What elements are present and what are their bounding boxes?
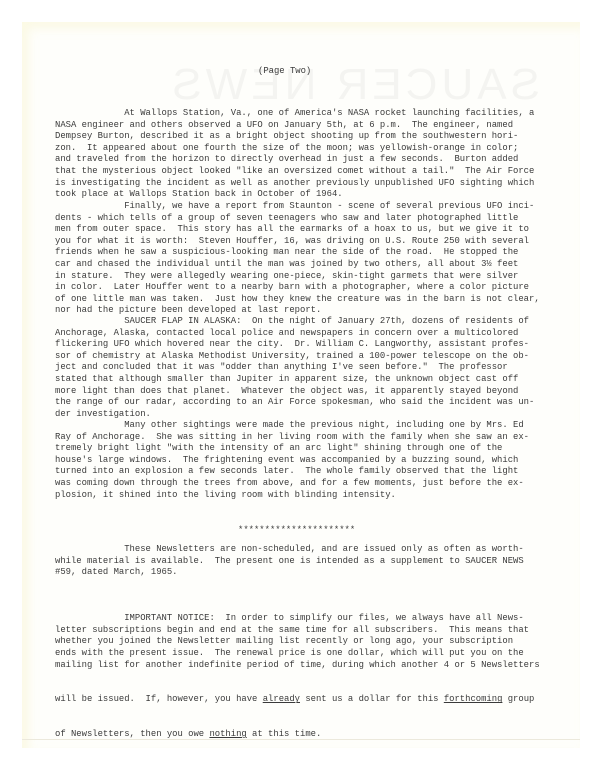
text-run: sent us a dollar for this — [300, 694, 444, 704]
text-run: group — [502, 694, 534, 704]
text-line: friends when he saw a suspicious-looking… — [55, 247, 540, 259]
text-line: flickering UFO which hovered near the ci… — [55, 339, 534, 351]
text-line: car and chased the individual until the … — [55, 259, 540, 271]
text-line: Many other sightings were made the previ… — [55, 420, 529, 432]
text-run: of Newsletters, then you owe — [55, 729, 209, 739]
text-line: plosion, it shined into the living room … — [55, 490, 529, 502]
text-line: Finally, we have a report from Staunton … — [55, 201, 540, 213]
emphasis-nothing: nothing — [209, 729, 246, 739]
text-line: whether you joined the Newsletter mailin… — [55, 636, 540, 648]
paragraph-ray: Many other sightings were made the previ… — [55, 420, 529, 501]
paragraph-alaska: SAUCER FLAP IN ALASKA: On the night of J… — [55, 316, 534, 420]
text-line: Dempsey Burton, described it as a bright… — [55, 131, 534, 143]
text-line: that the mysterious object looked "like … — [55, 166, 534, 178]
text-line: NASA engineer and others observed a UFO … — [55, 120, 534, 132]
text-line: you for what it is worth: Steven Houffer… — [55, 236, 540, 248]
text-line: ends with the present issue. The renewal… — [55, 648, 540, 660]
text-line: stated that although smaller than Jupite… — [55, 374, 534, 386]
text-line: took place at Wallops Station back in Oc… — [55, 189, 534, 201]
text-line: mailing list for another indefinite peri… — [55, 660, 540, 672]
text-line: is investigating the incident as well as… — [55, 178, 534, 190]
bleed-through-masthead: SAUCER NEWS — [300, 60, 540, 100]
text-line: Ray of Anchorage. She was sitting in her… — [55, 432, 529, 444]
text-line: SAUCER FLAP IN ALASKA: On the night of J… — [55, 316, 534, 328]
emphasis-forthcoming: forthcoming — [444, 694, 503, 704]
text-line: and traveled from the horizon to directl… — [55, 154, 534, 166]
text-line: tremely bright light "with the intensity… — [55, 443, 529, 455]
text-line: sor of chemistry at Alaska Methodist Uni… — [55, 351, 534, 363]
notice-line-7: of Newsletters, then you owe nothing at … — [55, 729, 540, 741]
text-line: in color. Later Houffer went to a nearby… — [55, 282, 540, 294]
text-line: was coming down through the trees from a… — [55, 478, 529, 490]
text-line: IMPORTANT NOTICE: In order to simplify o… — [55, 613, 540, 625]
text-line: while material is available. The present… — [55, 556, 524, 568]
text-line: more light than does that planet. Whatev… — [55, 386, 534, 398]
paragraph-wallops: At Wallops Station, Va., one of America'… — [55, 108, 534, 201]
notice-line-6: will be issued. If, however, you have al… — [55, 694, 540, 706]
text-line: house's large windows. The frightening e… — [55, 455, 529, 467]
text-line: Anchorage, Alaska, contacted local polic… — [55, 328, 534, 340]
text-line: ject and concluded that it was "odder th… — [55, 362, 534, 374]
paragraph-important-notice: IMPORTANT NOTICE: In order to simplify o… — [55, 590, 540, 752]
text-line: dents - which tells of a group of seven … — [55, 213, 540, 225]
text-line: in stature. They were allegedly wearing … — [55, 271, 540, 283]
text-line: der investigation. — [55, 409, 534, 421]
text-line: zon. It appeared about one fourth the si… — [55, 143, 534, 155]
notice-lines: IMPORTANT NOTICE: In order to simplify o… — [55, 613, 540, 671]
section-separator: ********************** — [238, 525, 355, 535]
page-number-header: (Page Two) — [258, 66, 311, 76]
text-run: will be issued. If, however, you have — [55, 694, 263, 704]
paragraph-newsletters: These Newsletters are non-scheduled, and… — [55, 544, 524, 579]
text-line: the range of our radar, according to an … — [55, 397, 534, 409]
emphasis-already: already — [263, 694, 300, 704]
paragraph-staunton: Finally, we have a report from Staunton … — [55, 201, 540, 317]
text-line: of one little man was taken. Just how th… — [55, 294, 540, 306]
text-line: letter subscriptions begin and end at th… — [55, 625, 540, 637]
text-line: These Newsletters are non-scheduled, and… — [55, 544, 524, 556]
text-run: at this time. — [247, 729, 322, 739]
text-line: At Wallops Station, Va., one of America'… — [55, 108, 534, 120]
text-line: men from outer space. This story has all… — [55, 224, 540, 236]
text-line: #59, dated March, 1965. — [55, 567, 524, 579]
text-line: turned into an explosion a few seconds l… — [55, 466, 529, 478]
